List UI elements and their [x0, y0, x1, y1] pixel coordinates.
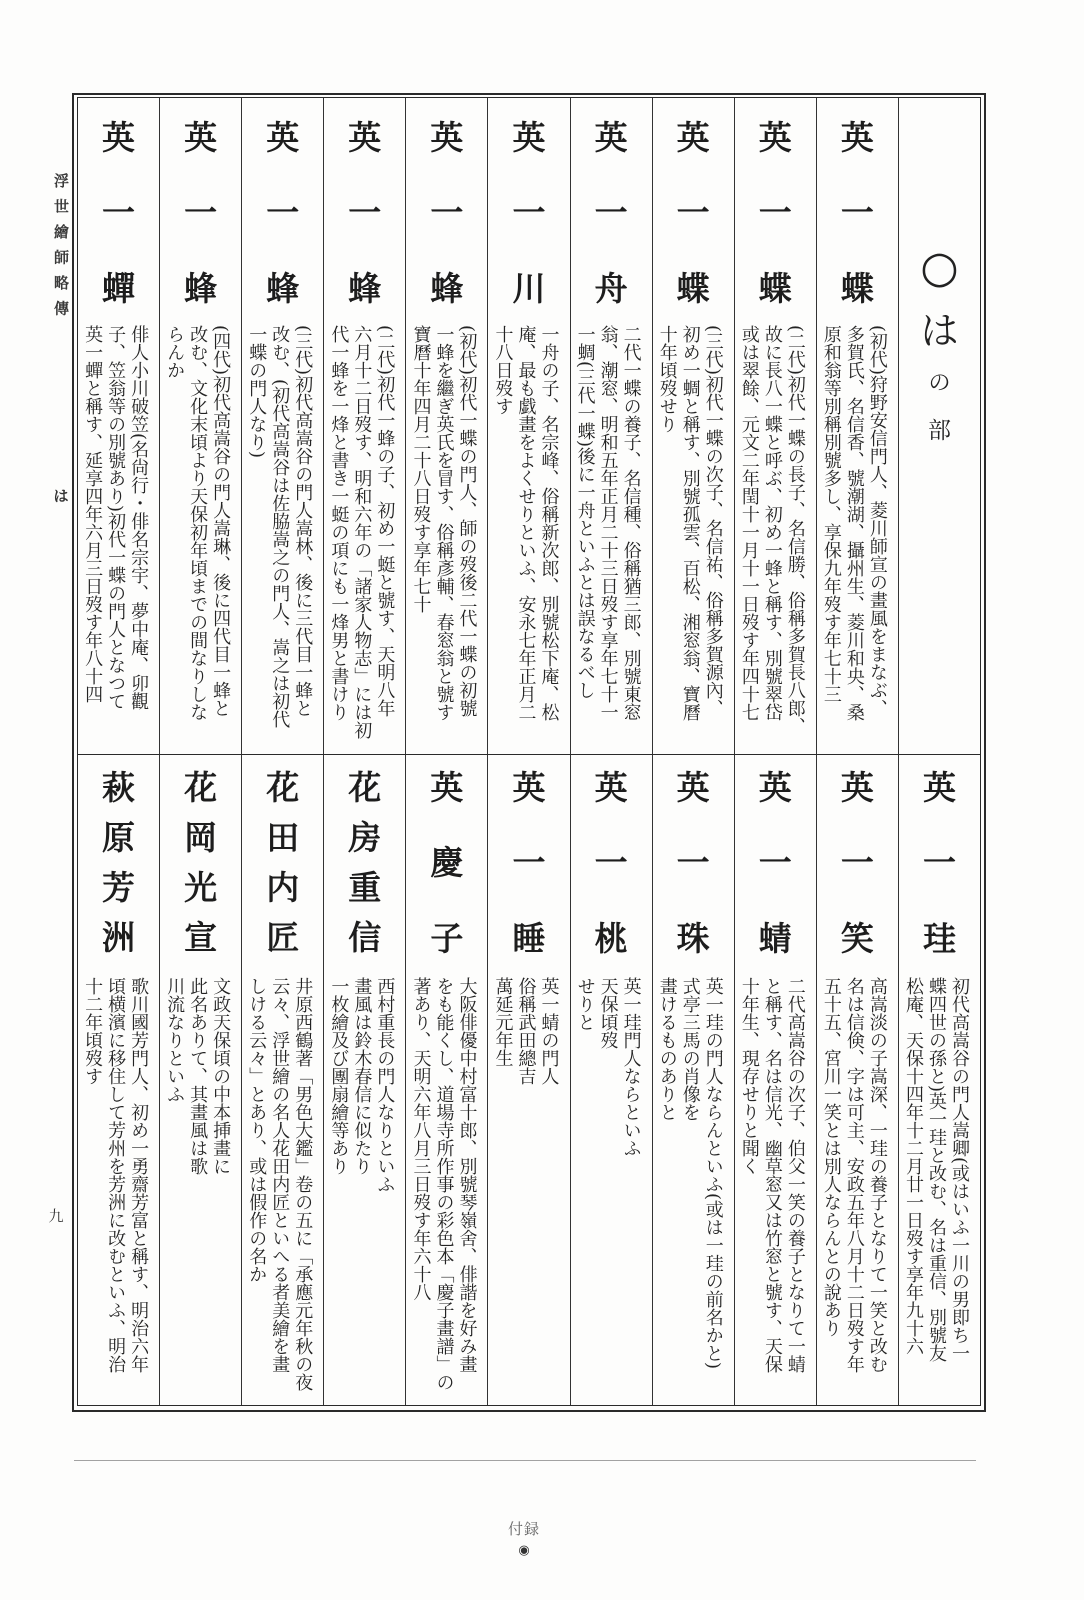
artist-biography: (三代)初代一蝶の次子、名信祐、俗稱多賀源內、 初め一蜩と稱す、別號孤雲、百松、…: [656, 325, 725, 721]
name-character: 蟬: [102, 272, 135, 305]
page-number: 九: [48, 1208, 64, 1224]
artist-biography: (二代)初代一蜂の子、初め一蜓と號す、天明八年 六月十二日歿す、明和六年の「諸家…: [327, 325, 396, 739]
name-character: 芳: [102, 871, 135, 904]
artist-name: 英一蟬: [78, 121, 159, 305]
name-character: 蜻: [759, 922, 792, 955]
artist-biography: 英一珪の門人ならんといふ(或は一珪の前名かと) 式亭三馬の肖像を 畫けるものあり…: [656, 977, 725, 1369]
biography-table: ○ は の 部 英一蝶 (初代)狩野安信門人、菱川師宣の畫風をまなぶ、 多賀氏、…: [77, 97, 981, 1406]
footer-rule: [74, 1460, 976, 1461]
name-character: 英: [430, 121, 463, 154]
name-character: 蝶: [677, 272, 710, 305]
entry-hanabusa-ippo-2: 英一蜂 (二代)初代一蜂の子、初め一蜓と號す、天明八年 六月十二日歿す、明和六年…: [323, 98, 405, 754]
name-character: 匠: [266, 921, 299, 954]
entry-hanabusa-ippo-3: 英一蜂 (三代)初代高嵩谷の門人嵩林、後に三代目一蜂と 改む、(初代高嵩谷は佐脇…: [241, 98, 323, 754]
artist-name: 花田内匠: [242, 771, 323, 955]
artist-biography: 英一珪門人ならといふ 天保頃歿 せりと: [574, 977, 643, 1157]
artist-biography: 歌川國芳門人、初め一勇齋芳富と稱す、明治六年 頃横濱に移住して芳州を芳洲に改むと…: [81, 977, 150, 1373]
artist-name: 英一蜂: [324, 121, 405, 305]
name-character: 蜂: [266, 272, 299, 305]
artist-biography: 二代一蝶の養子、名信種、俗稱猶三郎、別號東窓 翁、潮窓、明和五年正月二十三日歿す…: [574, 325, 643, 721]
artist-name: 英一珪: [899, 771, 980, 955]
artist-biography: 井原西鶴著「男色大鑑」卷の五に「承應元年秋の夜 云々、浮世繪の名人花田内匠といへ…: [245, 977, 314, 1391]
name-character: 一: [348, 196, 381, 229]
name-character: 桃: [595, 922, 628, 955]
entry-hanabusa-itcho-3: 英一蝶 (三代)初代一蝶の次子、名信祐、俗稱多賀源內、 初め一蜩と稱す、別號孤雲…: [652, 98, 734, 754]
name-character: 舟: [595, 272, 628, 305]
entry-hanabusa-issei: 英一蜻 二代高嵩谷の次子、伯父一笑の養子となりて一蜻 と稱す、名は信光、幽草窓又…: [734, 755, 816, 1405]
section-particle: の: [899, 372, 980, 396]
artist-biography: (二代)初代一蝶の長子、名信勝、俗稱多賀長八郎、 故に長八一蝶と呼ぶ、初め一蜂と…: [738, 325, 807, 735]
name-character: 花: [184, 771, 217, 804]
name-character: 一: [923, 846, 956, 879]
name-character: 蜂: [430, 272, 463, 305]
entry-hanabusa-issen-semi: 英一蟬 俳人小川破笠(名尙行・俳名宗宇、夢中庵、卯觀 子、笠翁等の別號あり)初代…: [78, 98, 159, 754]
entry-hanabusa-shigenobu: 花房重信 西村重長の門人なりといふ 畫風は鈴木春信に似たり 一枚繪及び團扇繪等あ…: [323, 755, 405, 1405]
name-character: 信: [348, 921, 381, 954]
artist-biography: 文政天保頃の中本挿畫に 此名ありて、其畫風は歌 川流なりといふ: [163, 977, 232, 1175]
artist-name: 英慶子: [406, 771, 487, 955]
name-character: 蜂: [184, 272, 217, 305]
entry-hanabusa-issui: 英一睡 英一蜻の門人 俗稱武田總吉 萬延元年生: [487, 755, 569, 1405]
name-character: 一: [512, 196, 545, 229]
name-character: 英: [595, 121, 628, 154]
name-character: 萩: [102, 771, 135, 804]
name-character: 英: [677, 771, 710, 804]
name-character: 珠: [677, 922, 710, 955]
name-character: 睡: [512, 922, 545, 955]
artist-name: 英一蜻: [735, 771, 816, 955]
artist-biography: 英一蜻の門人 俗稱武田總吉 萬延元年生: [492, 977, 561, 1085]
name-character: 岡: [184, 821, 217, 854]
entry-hanabusa-isshu: 英一舟 二代一蝶の養子、名信種、俗稱猶三郎、別號東窓 翁、潮窓、明和五年正月二十…: [570, 98, 652, 754]
name-character: 英: [841, 771, 874, 804]
name-character: 英: [348, 121, 381, 154]
artist-biography: (四代)初代高嵩谷の門人嵩琳、後に四代目一蜂と 改む、文化末頃より天保初年頃まで…: [163, 325, 232, 721]
name-character: 英: [595, 771, 628, 804]
artist-name: 花房重信: [324, 771, 405, 955]
artist-biography: (初代)狩野安信門人、菱川師宣の畫風をまなぶ、 多賀氏、名信香、號潮湖、攝州生、…: [820, 325, 889, 721]
artist-biography: 西村重長の門人なりといふ 畫風は鈴木春信に似たり 一枚繪及び團扇繪等あり: [327, 977, 396, 1193]
name-character: 一: [759, 196, 792, 229]
entry-hanabusa-ikkei: 英一珪 初代高嵩谷の門人嵩卿(或はいふ一川の男即ち一 蝶四世の孫と)英一珪と改む…: [898, 755, 980, 1405]
artist-name: 英一川: [488, 121, 569, 305]
name-character: 一: [266, 196, 299, 229]
artist-name: 英一睡: [488, 771, 569, 955]
artist-biography: 大阪俳優中村富十郎、別號琴嶺舍、俳諧を好み畫 をも能くし、道場寺所作事の彩色本「…: [409, 977, 478, 1391]
artist-biography: 二代高嵩谷の次子、伯父一笑の養子となりて一蜻 と稱す、名は信光、幽草窓又は竹窓と…: [738, 977, 807, 1373]
artist-biography: (三代)初代高嵩谷の門人嵩林、後に三代目一蜂と 改む、(初代高嵩谷は佐脇嵩之の門…: [245, 325, 314, 728]
name-character: 英: [512, 771, 545, 804]
entry-hanabusa-isshu-jewel: 英一珠 英一珪の門人ならんといふ(或は一珪の前名かと) 式亭三馬の肖像を 畫ける…: [652, 755, 734, 1405]
name-character: 田: [266, 821, 299, 854]
entry-hanada-takumi: 花田内匠 井原西鶴著「男色大鑑」卷の五に「承應元年秋の夜 云々、浮世繪の名人花田…: [241, 755, 323, 1405]
name-character: 英: [430, 771, 463, 804]
name-character: 一: [841, 846, 874, 879]
name-character: 一: [841, 196, 874, 229]
artist-name: 英一珠: [653, 771, 734, 955]
entries-lower-tier: 英一珪 初代高嵩谷の門人嵩卿(或はいふ一川の男即ち一 蝶四世の孫と)英一珪と改む…: [78, 755, 980, 1405]
appendix-label: 付録: [484, 1521, 564, 1537]
artist-name: 英一蜂: [406, 121, 487, 305]
name-character: 英: [102, 121, 135, 154]
entry-hanabusa-itto: 英一桃 英一珪門人ならといふ 天保頃歿 せりと: [570, 755, 652, 1405]
name-character: 内: [266, 871, 299, 904]
name-character: 原: [102, 821, 135, 854]
artist-name: 英一舟: [571, 121, 652, 305]
name-character: 英: [266, 121, 299, 154]
entry-hanabusa-ippo-4: 英一蜂 (四代)初代高嵩谷の門人嵩琳、後に四代目一蜂と 改む、文化末頃より天保初…: [159, 98, 241, 754]
name-character: 英: [923, 771, 956, 804]
running-title: 浮世繪師略傳: [53, 173, 69, 326]
name-character: 一: [184, 196, 217, 229]
entry-hanaoka-mitsunobu: 花岡光宣 文政天保頃の中本挿畫に 此名ありて、其畫風は歌 川流なりといふ: [159, 755, 241, 1405]
name-character: 一: [512, 846, 545, 879]
name-character: 宣: [184, 921, 217, 954]
name-character: 蜂: [348, 272, 381, 305]
entry-hagiwara-hoshu: 萩原芳洲 歌川國芳門人、初め一勇齋芳富と稱す、明治六年 頃横濱に移住して芳州を芳…: [78, 755, 159, 1405]
name-character: 一: [677, 846, 710, 879]
section-kana: は: [899, 311, 980, 351]
artist-name: 英一蝶: [817, 121, 898, 305]
name-character: 笑: [841, 922, 874, 955]
name-character: 子: [430, 922, 463, 955]
artist-biography: 高嵩淡の子嵩深、一珪の養子となりて一笑と改む 名は信倹、字は可主、安政五年八月十…: [820, 977, 889, 1373]
name-character: 英: [759, 771, 792, 804]
name-character: 洲: [102, 921, 135, 954]
entry-hanabusa-itcho-1: 英一蝶 (初代)狩野安信門人、菱川師宣の畫風をまなぶ、 多賀氏、名信香、號潮湖、…: [816, 98, 898, 754]
name-character: 英: [841, 121, 874, 154]
entry-hanabusa-itcho-2: 英一蝶 (二代)初代一蝶の長子、名信勝、俗稱多賀長八郎、 故に長八一蝶と呼ぶ、初…: [734, 98, 816, 754]
entries-upper-tier: ○ は の 部 英一蝶 (初代)狩野安信門人、菱川師宣の畫風をまなぶ、 多賀氏、…: [78, 98, 980, 755]
name-character: 房: [348, 821, 381, 854]
circled-dot-icon: ◉: [484, 1544, 564, 1557]
name-character: 川: [512, 272, 545, 305]
name-character: 英: [759, 121, 792, 154]
artist-biography: 一舟の子、名宗峰、俗稱新次郎、別號松下庵、松 庵、最も戯畫をよくせりといふ、安永…: [492, 325, 561, 721]
name-character: 英: [677, 121, 710, 154]
name-character: 花: [348, 771, 381, 804]
name-character: 英: [512, 121, 545, 154]
artist-biography: 初代高嵩谷の門人嵩卿(或はいふ一川の男即ち一 蝶四世の孫と)英一珪と改む、名は重…: [902, 977, 971, 1362]
artist-name: 花岡光宣: [160, 771, 241, 955]
name-character: 英: [184, 121, 217, 154]
artist-name: 英一蜂: [160, 121, 241, 305]
artist-name: 英一桃: [571, 771, 652, 955]
name-character: 一: [102, 196, 135, 229]
name-character: 一: [759, 846, 792, 879]
name-character: 珪: [923, 922, 956, 955]
name-character: 重: [348, 871, 381, 904]
name-character: 花: [266, 771, 299, 804]
section-word: 部: [899, 419, 980, 443]
section-index-kana: は: [53, 488, 69, 504]
artist-biography: 俳人小川破笠(名尙行・俳名宗宇、夢中庵、卯觀 子、笠翁等の別號あり)初代一蝶の門…: [81, 325, 150, 710]
entry-hanabusa-keishi: 英慶子 大阪俳優中村富十郎、別號琴嶺舍、俳諧を好み畫 をも能くし、道場寺所作事の…: [405, 755, 487, 1405]
artist-name: 英一蜂: [242, 121, 323, 305]
name-character: 一: [595, 846, 628, 879]
artist-name: 英一蝶: [653, 121, 734, 305]
artist-name: 萩原芳洲: [78, 771, 159, 955]
name-character: 一: [430, 196, 463, 229]
name-character: 一: [677, 196, 710, 229]
name-character: 一: [595, 196, 628, 229]
entry-hanabusa-issho: 英一笑 高嵩淡の子嵩深、一珪の養子となりて一笑と改む 名は信倹、字は可主、安政五…: [816, 755, 898, 1405]
entry-hanabusa-ippo-1: 英一蜂 (初代)初代一蝶の門人、師の歿後二代一蝶の初號 一蜂を繼ぎ英氏を冒す、俗…: [405, 98, 487, 754]
document-page: 浮世繪師略傳 は 九 ○ は の 部 英一蝶 (初代)狩野安信門人、菱川師宣の畫…: [0, 0, 1084, 1600]
artist-name: 英一笑: [817, 771, 898, 955]
artist-name: 英一蝶: [735, 121, 816, 305]
section-header-column: ○ は の 部: [898, 98, 980, 754]
name-character: 蝶: [759, 272, 792, 305]
name-character: 蝶: [841, 272, 874, 305]
name-character: 慶: [430, 846, 463, 879]
artist-biography: (初代)初代一蝶の門人、師の歿後二代一蝶の初號 一蜂を繼ぎ英氏を冒す、俗稱彥輔、…: [409, 325, 478, 721]
name-character: 光: [184, 871, 217, 904]
entry-hanabusa-issen: 英一川 一舟の子、名宗峰、俗稱新次郎、別號松下庵、松 庵、最も戯畫をよくせりとい…: [487, 98, 569, 754]
circle-bullet-icon: ○: [899, 244, 980, 292]
